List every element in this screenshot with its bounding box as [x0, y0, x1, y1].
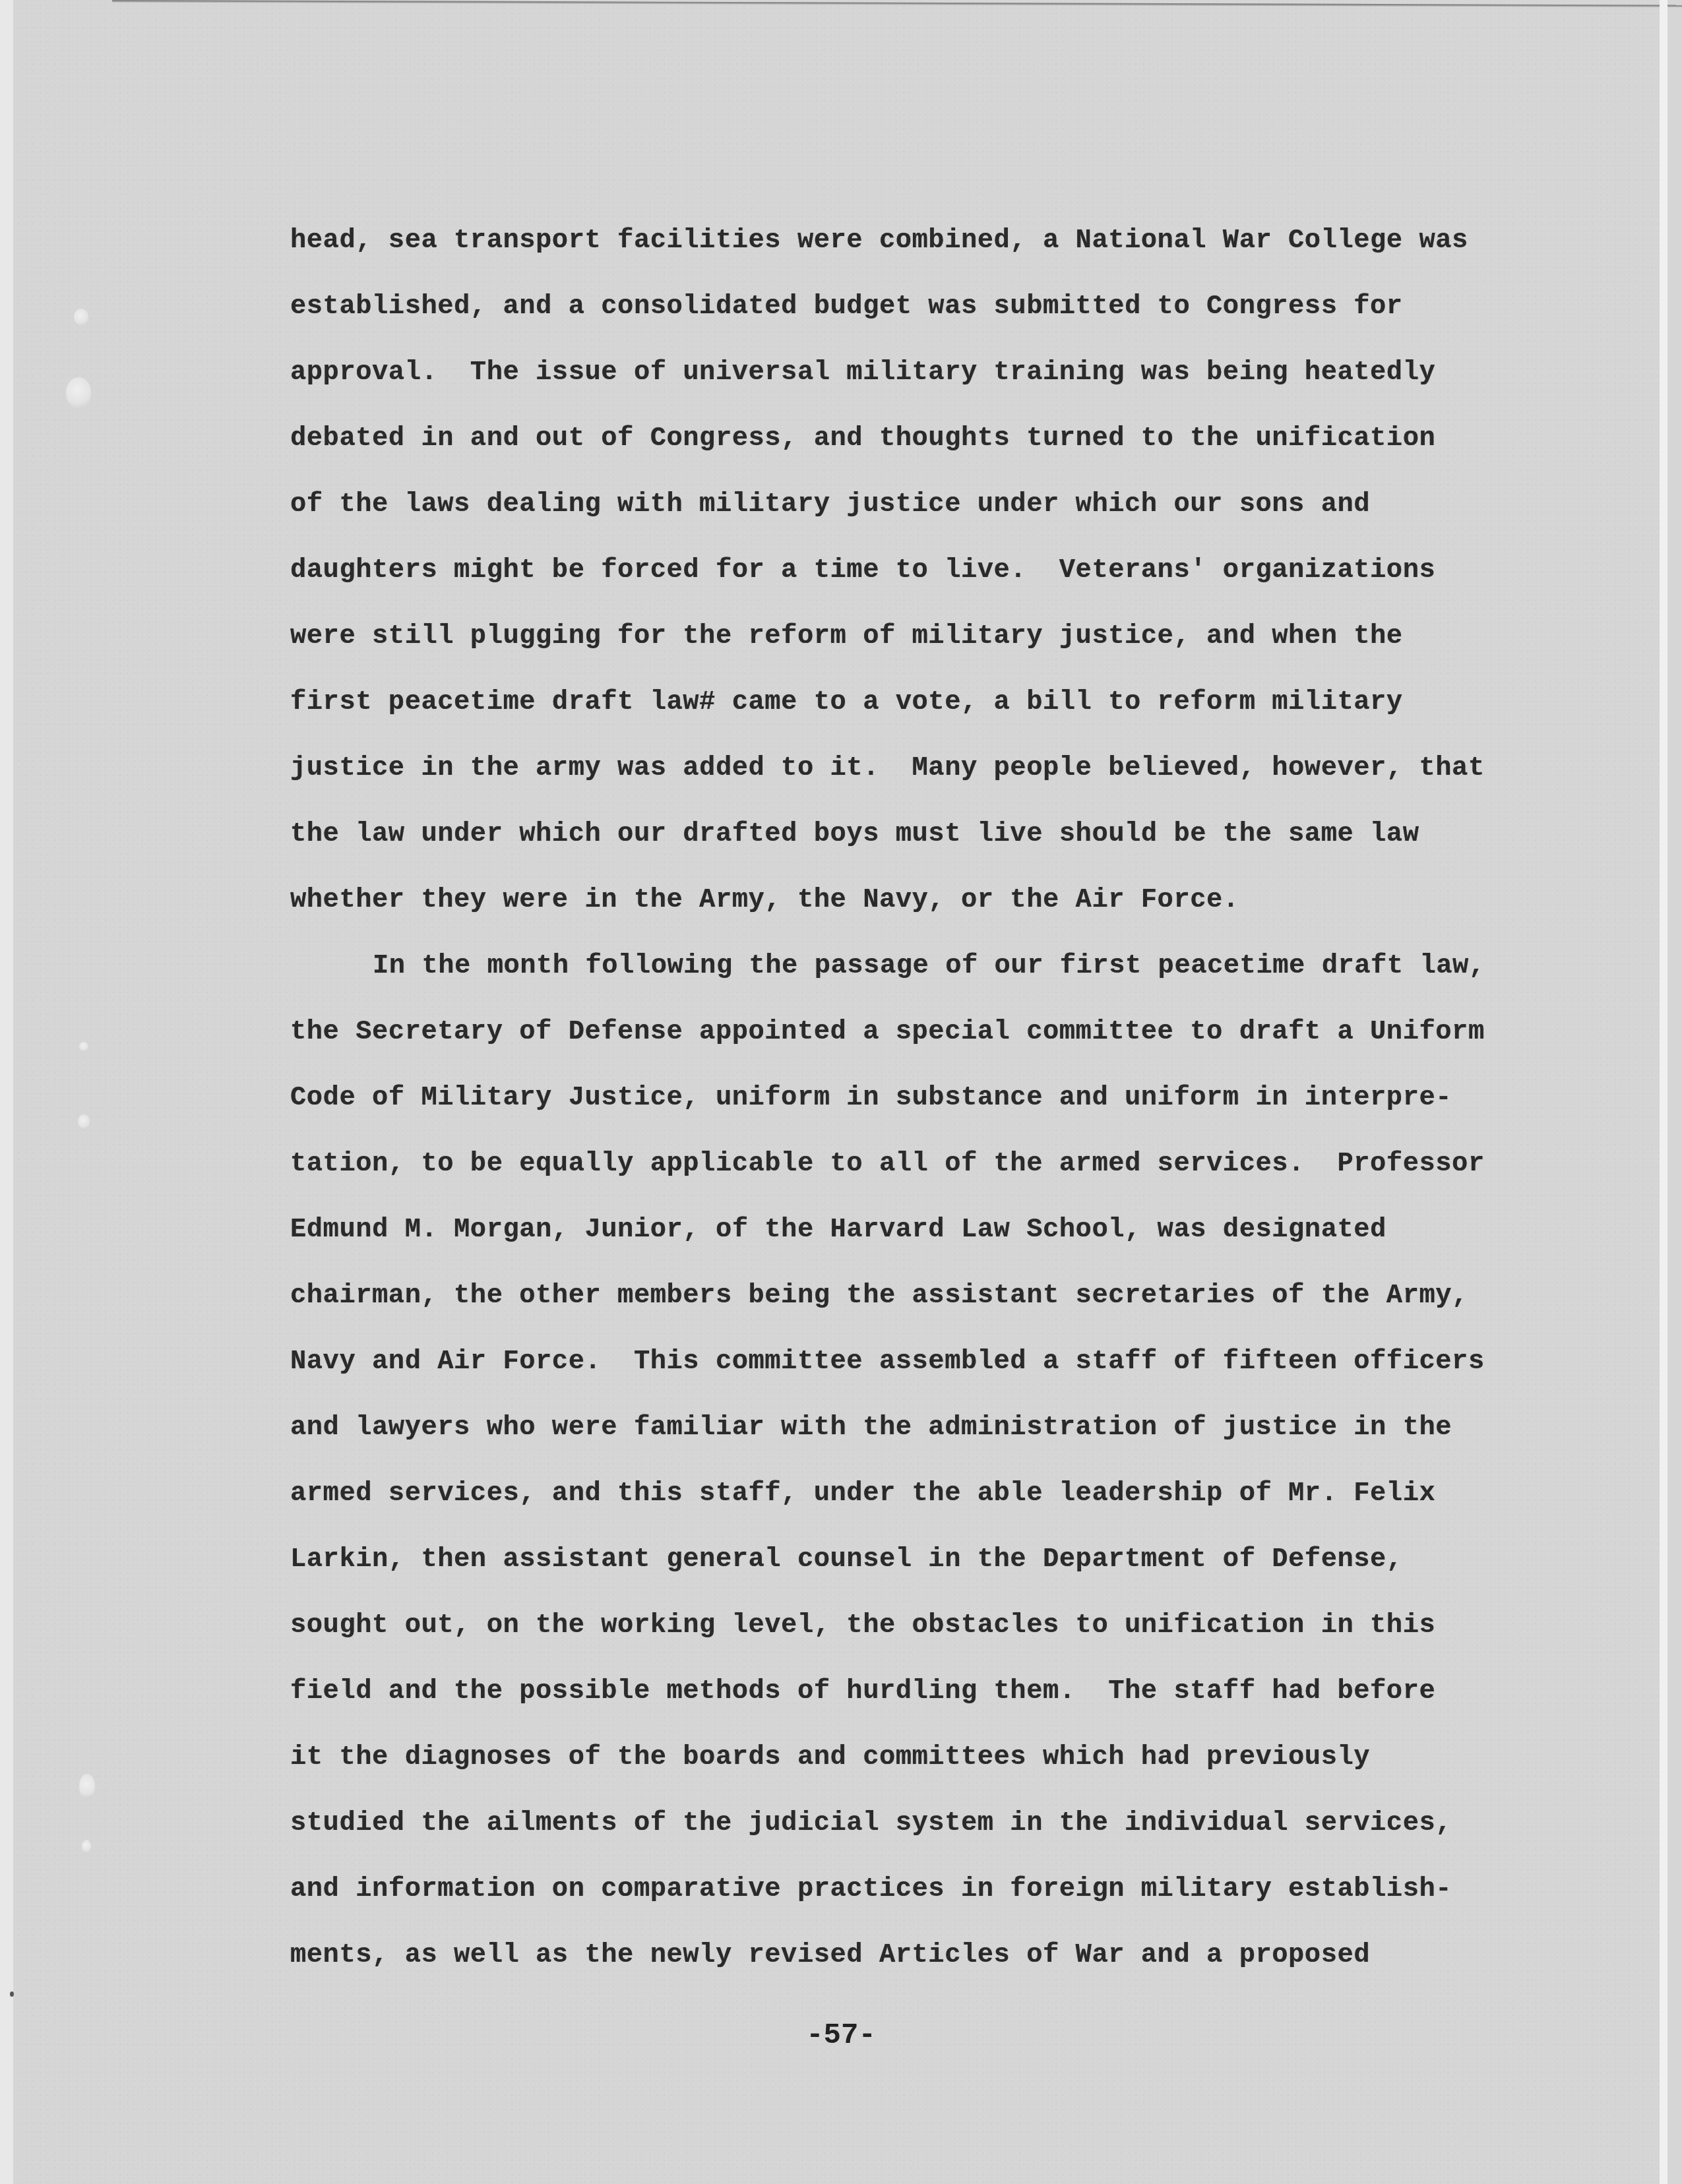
page-right-edge — [1660, 0, 1667, 2184]
scan-speck — [10, 1991, 14, 1997]
text-line: and lawyers who were familiar with the a… — [290, 1405, 1530, 1471]
paragraph-1: head, sea transport facilities were comb… — [290, 218, 1530, 943]
document-body: head, sea transport facilities were comb… — [290, 218, 1530, 1998]
scan-left-margin — [0, 0, 13, 2184]
text-line: approval. The issue of universal militar… — [290, 349, 1530, 415]
text-line: Navy and Air Force. This committee assem… — [290, 1339, 1530, 1405]
text-line: Larkin, then assistant general counsel i… — [290, 1536, 1530, 1602]
text-line: whether they were in the Army, the Navy,… — [290, 877, 1530, 943]
text-line: chairman, the other members being the as… — [290, 1273, 1530, 1339]
punch-hole-mark — [79, 1774, 95, 1799]
text-line: it the diagnoses of the boards and commi… — [290, 1734, 1530, 1800]
text-line: head, sea transport facilities were comb… — [290, 218, 1530, 284]
text-line: Code of Military Justice, uniform in sub… — [290, 1075, 1530, 1141]
text-line: studied the ailments of the judicial sys… — [290, 1800, 1530, 1866]
page-top-edge — [112, 0, 1682, 8]
text-line: debated in and out of Congress, and thou… — [290, 415, 1530, 481]
text-line: were still plugging for the reform of mi… — [290, 613, 1530, 679]
punch-hole-mark — [66, 377, 91, 409]
text-line: field and the possible methods of hurdli… — [290, 1668, 1530, 1734]
text-line: first peacetime draft law# came to a vot… — [290, 679, 1530, 745]
text-line: justice in the army was added to it. Man… — [290, 745, 1530, 811]
paragraph-2: In the month following the passage of ou… — [290, 943, 1530, 1998]
punch-hole-mark — [78, 1114, 90, 1129]
text-line: Edmund M. Morgan, Junior, of the Harvard… — [290, 1207, 1530, 1273]
punch-hole-mark — [79, 1042, 88, 1051]
text-line: of the laws dealing with military justic… — [290, 481, 1530, 547]
page-number: -57- — [0, 2019, 1682, 2052]
punch-hole-mark — [74, 309, 88, 326]
text-line: armed services, and this staff, under th… — [290, 1471, 1530, 1536]
text-line: ments, as well as the newly revised Arti… — [290, 1932, 1530, 1998]
text-line: daughters might be forced for a time to … — [290, 547, 1530, 613]
text-line: the Secretary of Defense appointed a spe… — [290, 1009, 1530, 1075]
text-line: established, and a consolidated budget w… — [290, 284, 1530, 349]
punch-hole-mark — [82, 1840, 91, 1853]
text-line: and information on comparative practices… — [290, 1866, 1530, 1932]
text-line: sought out, on the working level, the ob… — [290, 1602, 1530, 1668]
text-line-indented: In the month following the passage of ou… — [290, 943, 1530, 1009]
text-line: tation, to be equally applicable to all … — [290, 1141, 1530, 1207]
text-line: the law under which our drafted boys mus… — [290, 811, 1530, 877]
